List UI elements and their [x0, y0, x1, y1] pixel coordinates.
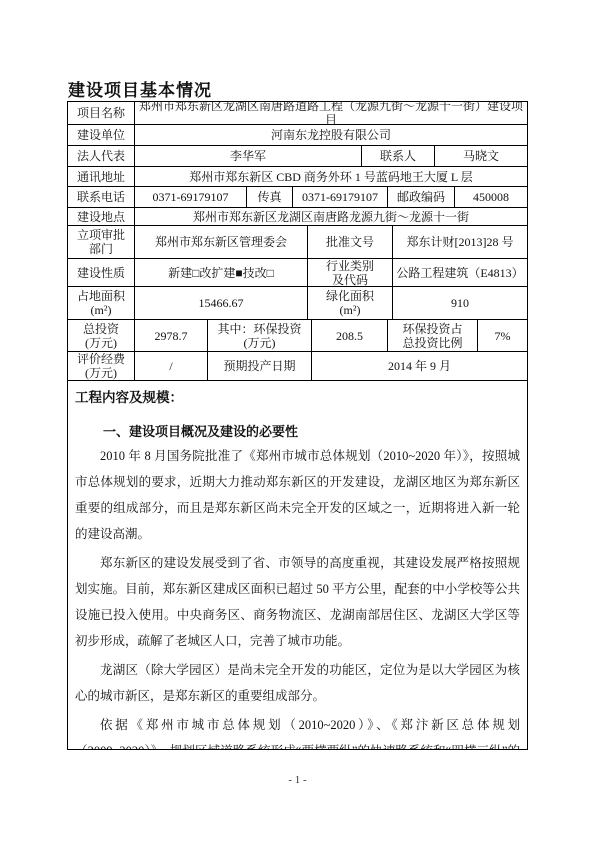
industry-value: 公路工程建筑（E4813）	[393, 259, 527, 286]
location-label: 建设地点	[68, 208, 135, 225]
content-paragraph-2: 郑东新区的建设发展受到了省、市领导的高度重视，其建设发展严格按照规划实施。目前，…	[75, 550, 520, 654]
env-ratio-value: 7%	[478, 320, 527, 351]
nature-checkboxes: 新建□改扩建■技改□	[135, 259, 308, 286]
nature-label: 建设性质	[68, 259, 135, 286]
contact-value: 马晓文	[435, 146, 527, 166]
production-date-label: 预期投产日期	[208, 352, 312, 380]
production-date-value: 2014 年 9 月	[312, 352, 527, 380]
legal-rep-value: 李华军	[135, 146, 362, 166]
approval-dept-value: 郑州市郑东新区管理委会	[135, 226, 308, 258]
section-title: 建设项目基本情况	[68, 76, 212, 101]
approval-doc-label: 批准文号	[308, 226, 393, 258]
table-row-project-name: 项目名称 郑州市郑东新区龙湖区南唐路道路工程（龙源九街～龙源十一街）建设项目	[68, 102, 527, 125]
content-paragraph-4: 依据《郑州市城市总体规划（2010~2020）》、《郑汴新区总体规划（2009~…	[75, 712, 520, 749]
table-row-legal-rep: 法人代表 李华军 联系人 马晓文	[68, 146, 527, 167]
table-row-phone: 联系电话 0371-69179107 传真 0371-69179107 邮政编码…	[68, 187, 527, 208]
phone-label: 联系电话	[68, 187, 135, 207]
postal-code-value: 450008	[455, 187, 527, 207]
project-name-label: 项目名称	[68, 102, 135, 124]
table-row-location: 建设地点 郑州市郑东新区龙湖区南唐路龙源九街～龙源十一街	[68, 208, 527, 226]
table-row-investment: 总投资 (万元) 2978.7 其中：环保投资 (万元) 208.5 环保投资占…	[68, 320, 527, 352]
postal-code-label: 邮政编码	[388, 187, 455, 207]
industry-label: 行业类别 及代码	[308, 259, 393, 286]
build-unit-label: 建设单位	[68, 125, 135, 145]
phone-value: 0371-69179107	[135, 187, 247, 207]
eval-fund-label: 评价经费 (万元)	[68, 352, 135, 380]
address-value: 郑州市郑东新区 CBD 商务外环 1 号蓝码地王大厦 L 层	[135, 167, 527, 186]
land-area-value: 15466.67	[135, 287, 308, 319]
project-content-cell: 工程内容及规模： 一、建设项目概况及建设的必要性 2010 年 8 月国务院批准…	[68, 381, 527, 749]
table-row-build-unit: 建设单位 河南东龙控股有限公司	[68, 125, 527, 146]
content-paragraph-1: 2010 年 8 月国务院批准了《郑州市城市总体规划（2010~2020 年）》…	[75, 443, 520, 547]
content-heading: 工程内容及规模：	[75, 389, 520, 406]
content-subheading: 一、建设项目概况及建设的必要性	[75, 421, 520, 440]
page-number: - 1 -	[0, 774, 595, 786]
green-area-label: 绿化面积 (m²)	[308, 287, 393, 319]
document-page: 建设项目基本情况 项目名称 郑州市郑东新区龙湖区南唐路道路工程（龙源九街～龙源十…	[0, 0, 595, 842]
table-row-approval: 立项审批 部门 郑州市郑东新区管理委会 批准文号 郑东计财[2013]28 号	[68, 226, 527, 259]
legal-rep-label: 法人代表	[68, 146, 135, 166]
project-info-table: 项目名称 郑州市郑东新区龙湖区南唐路道路工程（龙源九街～龙源十一街）建设项目 建…	[67, 101, 528, 750]
fax-label: 传真	[247, 187, 293, 207]
table-row-content: 工程内容及规模： 一、建设项目概况及建设的必要性 2010 年 8 月国务院批准…	[68, 381, 527, 749]
table-row-nature: 建设性质 新建□改扩建■技改□ 行业类别 及代码 公路工程建筑（E4813）	[68, 259, 527, 287]
fax-value: 0371-69179107	[293, 187, 388, 207]
build-unit-value: 河南东龙控股有限公司	[135, 125, 527, 145]
total-investment-label: 总投资 (万元)	[68, 320, 135, 351]
table-row-eval-fund: 评价经费 (万元) / 预期投产日期 2014 年 9 月	[68, 352, 527, 381]
table-row-area: 占地面积 (m²) 15466.67 绿化面积 (m²) 910	[68, 287, 527, 320]
env-investment-value: 208.5	[312, 320, 388, 351]
project-name-value: 郑州市郑东新区龙湖区南唐路道路工程（龙源九街～龙源十一街）建设项目	[135, 102, 527, 124]
approval-doc-value: 郑东计财[2013]28 号	[393, 226, 527, 258]
table-row-address: 通讯地址 郑州市郑东新区 CBD 商务外环 1 号蓝码地王大厦 L 层	[68, 167, 527, 187]
approval-dept-label: 立项审批 部门	[68, 226, 135, 258]
content-paragraph-3: 龙湖区（除大学园区）是尚未完全开发的功能区，定位为是以大学园区为核心的城市新区，…	[75, 657, 520, 709]
location-value: 郑州市郑东新区龙湖区南唐路龙源九街～龙源十一街	[135, 208, 527, 225]
env-ratio-label: 环保投资占 总投资比例	[388, 320, 478, 351]
contact-label: 联系人	[362, 146, 435, 166]
address-label: 通讯地址	[68, 167, 135, 186]
land-area-label: 占地面积 (m²)	[68, 287, 135, 319]
total-investment-value: 2978.7	[135, 320, 208, 351]
env-investment-label: 其中：环保投资 (万元)	[208, 320, 312, 351]
green-area-value: 910	[393, 287, 527, 319]
eval-fund-value: /	[135, 352, 208, 380]
